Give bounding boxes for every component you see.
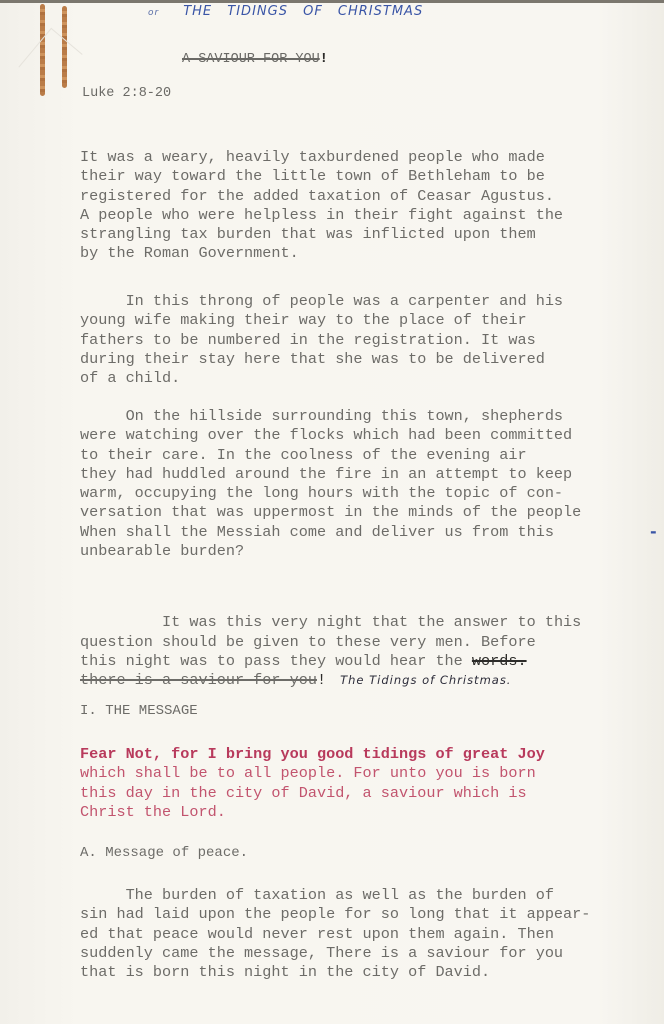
subheading: A. Message of peace. bbox=[80, 845, 248, 861]
struck-title: A SAVIOUR FOR YOU bbox=[182, 52, 320, 67]
typed-title: A SAVIOUR FOR YOU! bbox=[182, 52, 328, 67]
handwritten-or: or bbox=[148, 8, 159, 18]
red-quote: Fear Not, for I bring you good tidings o… bbox=[80, 745, 545, 822]
paragraph-3: On the hillside surrounding this town, s… bbox=[80, 407, 581, 561]
margin-dash: - bbox=[650, 522, 658, 541]
handwritten-title: orTHE TIDINGS OF CHRISTMAS bbox=[148, 4, 423, 19]
red-quote-lines: which shall be to all people. For unto y… bbox=[80, 764, 536, 821]
section-heading: I. THE MESSAGE bbox=[80, 703, 198, 719]
paper-crease bbox=[18, 28, 82, 93]
red-quote-first-line: Fear Not, for I bring you good tidings o… bbox=[80, 745, 545, 763]
struck-word: words. bbox=[472, 652, 527, 670]
handwritten-inline: The Tidings of Christmas. bbox=[340, 673, 511, 687]
handwritten-title-text: THE TIDINGS OF CHRISTMAS bbox=[183, 4, 423, 19]
struck-line-exclamation: ! bbox=[317, 671, 326, 689]
title-exclamation: ! bbox=[320, 52, 328, 67]
struck-line: there is a saviour for you bbox=[80, 671, 317, 689]
scripture-reference: Luke 2:8-20 bbox=[82, 86, 171, 101]
final-paragraph: The burden of taxation as well as the bu… bbox=[80, 886, 590, 982]
paragraph-1: It was a weary, heavily taxburdened peop… bbox=[80, 148, 563, 264]
paragraph-4: It was this very night that the answer t… bbox=[80, 594, 581, 690]
scan-edge bbox=[0, 0, 664, 3]
document-page: orTHE TIDINGS OF CHRISTMAS A SAVIOUR FOR… bbox=[0, 0, 664, 1024]
paragraph-2: In this throng of people was a carpenter… bbox=[80, 292, 563, 388]
